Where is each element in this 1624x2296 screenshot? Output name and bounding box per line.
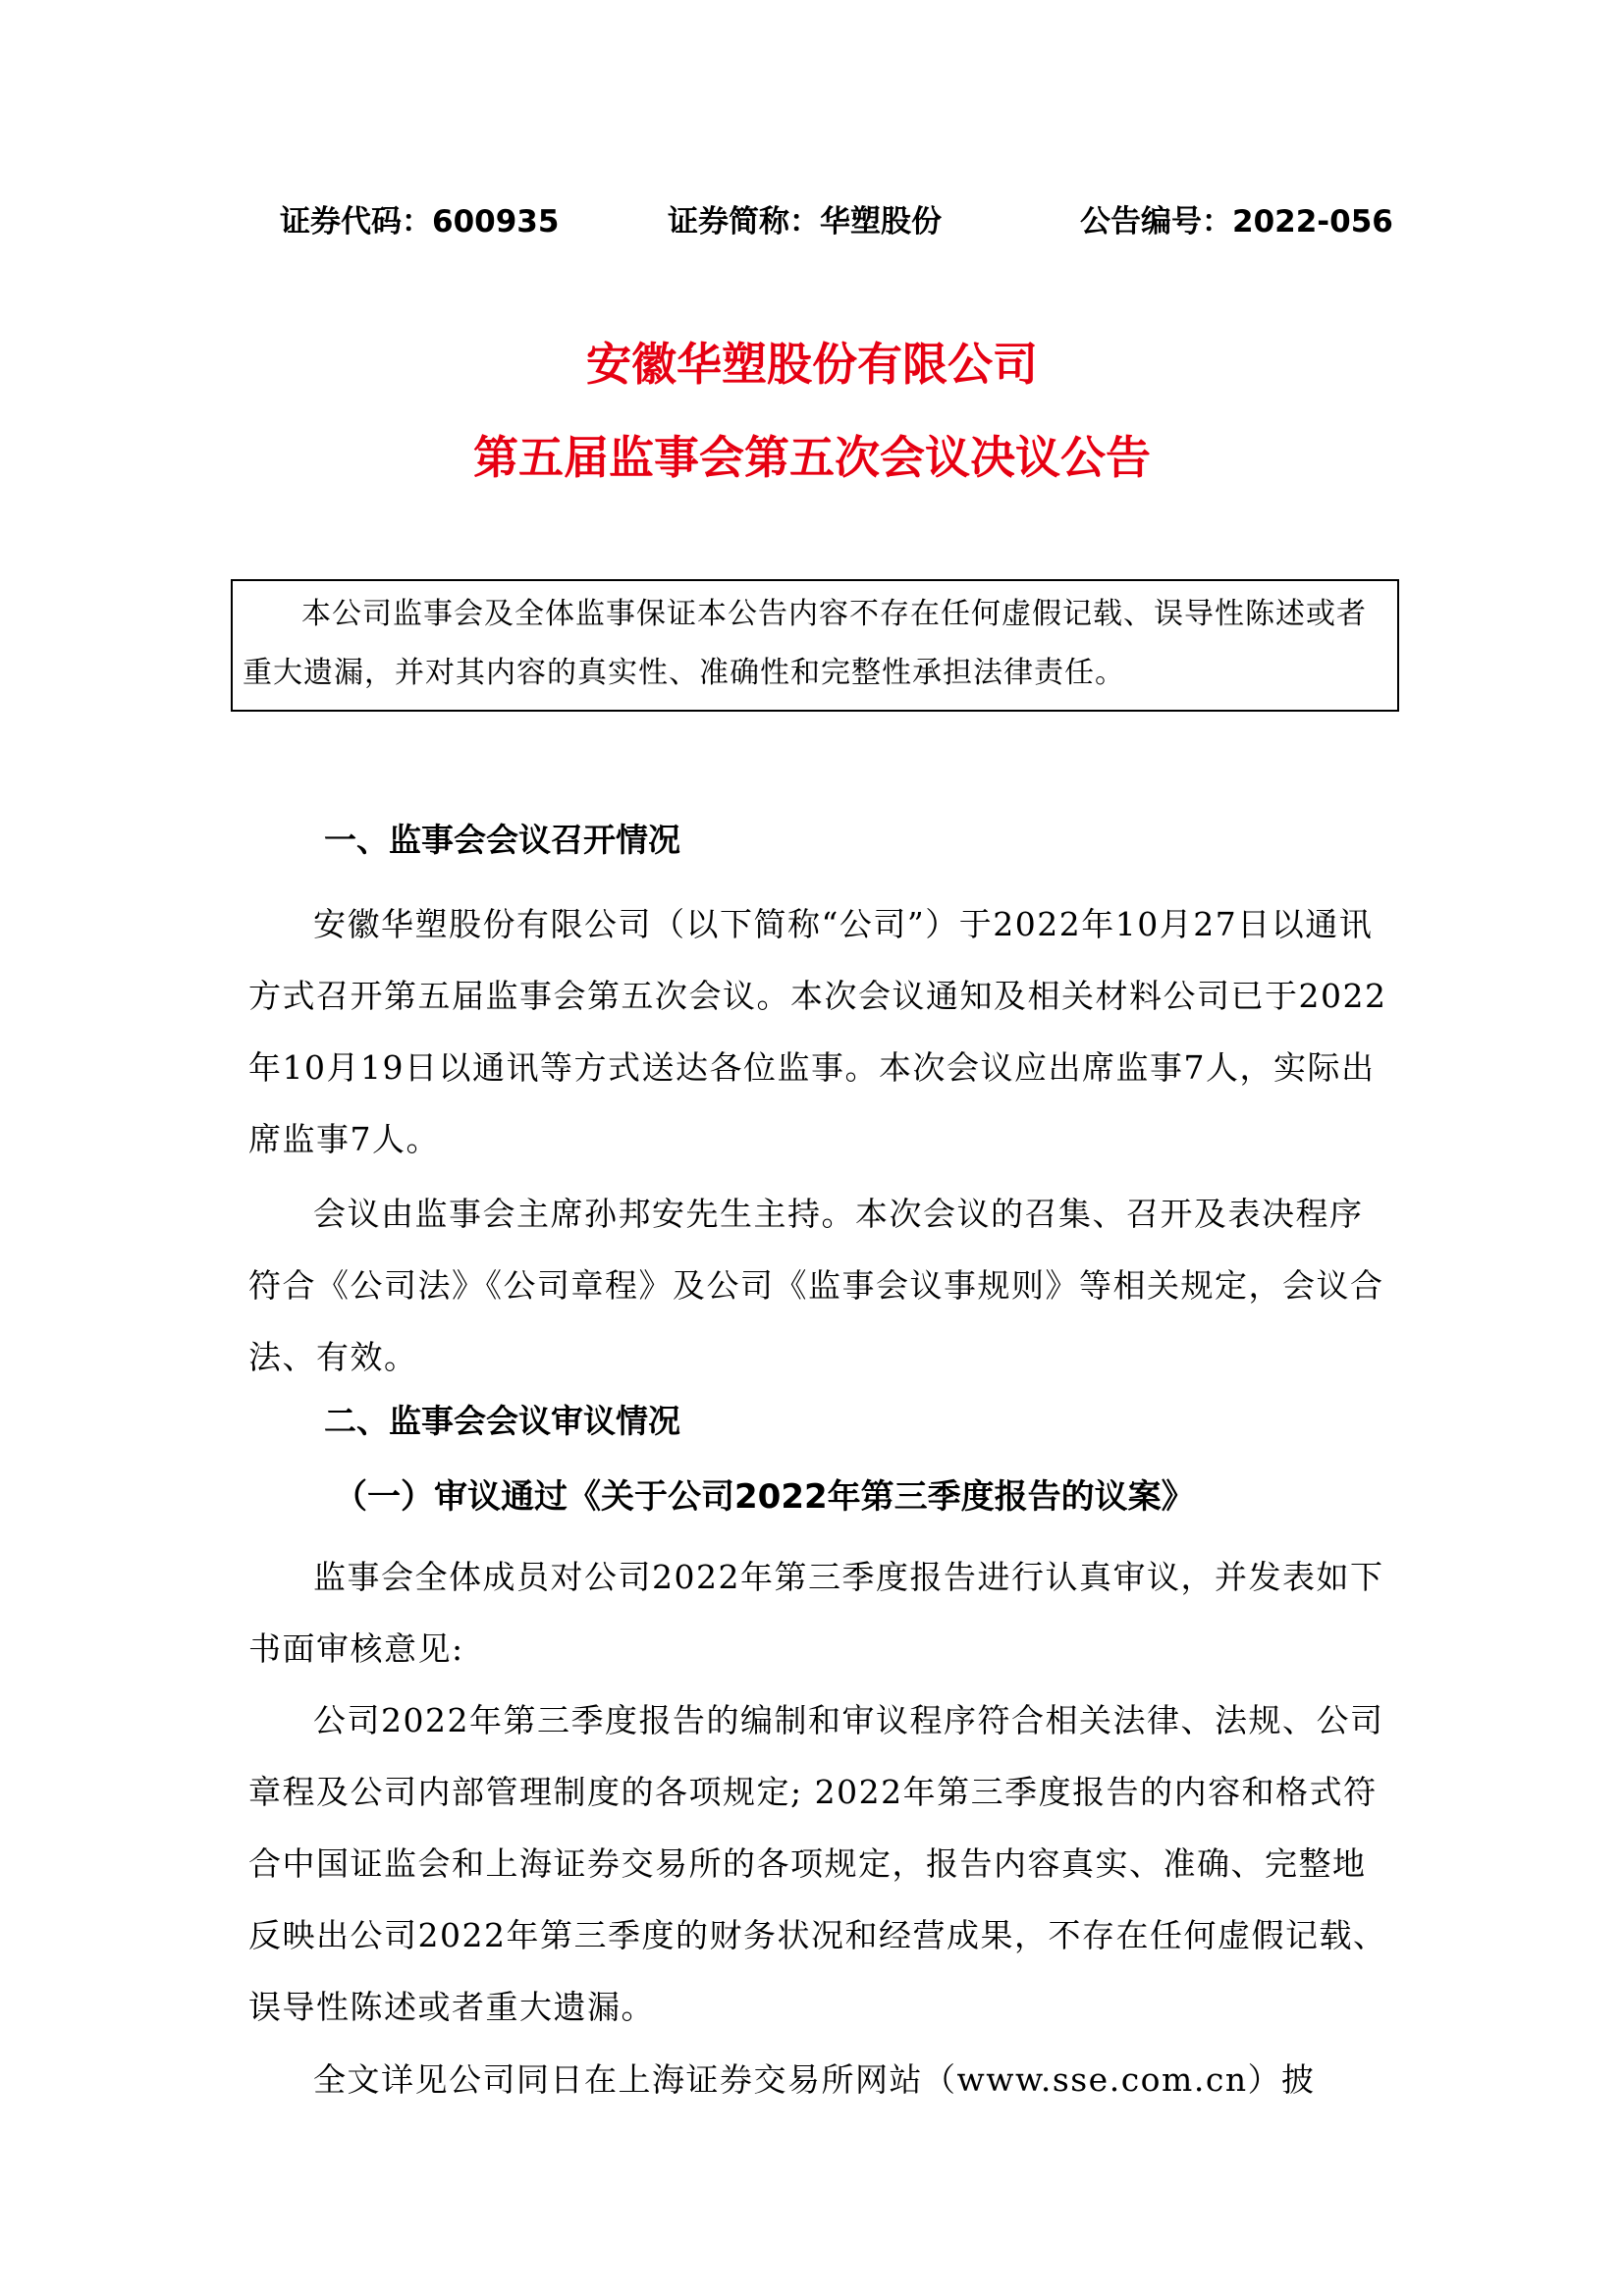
document-header: 证券代码：600935 证券简称：华塑股份 公告编号：2022-056 [280,196,1384,245]
section-heading-1: 一、监事会会议召开情况 [324,815,680,861]
paragraph-meeting-chair: 会议由监事会主席孙邦安先生主持。本次会议的召集、召开及表决程序符合《公司法》《公… [248,1178,1387,1393]
stock-code: 证券代码：600935 [280,196,559,240]
section-heading-2: 二、监事会会议审议情况 [324,1396,680,1442]
notice-title: 第五届监事会第五次会议决议公告 [0,422,1624,487]
resolution-subheading: （一）审议通过《关于公司2022年第三季度报告的议案》 [334,1469,1195,1518]
stock-abbreviation: 证券简称：华塑股份 [668,196,942,240]
paragraph-meeting-convening: 安徽华塑股份有限公司（以下简称“公司”）于2022年10月27日以通讯方式召开第… [248,888,1387,1175]
company-title: 安徽华塑股份有限公司 [0,329,1624,394]
paragraph-review: 监事会全体成员对公司2022年第三季度报告进行认真审议，并发表如下书面审核意见: [248,1541,1387,1684]
disclaimer-box: 本公司监事会及全体监事保证本公告内容不存在任何虚假记载、误导性陈述或者重大遗漏，… [231,579,1399,712]
disclaimer-text: 本公司监事会及全体监事保证本公告内容不存在任何虚假记载、误导性陈述或者重大遗漏，… [233,581,1397,703]
notice-number: 公告编号：2022-056 [1080,196,1393,240]
paragraph-full-text: 全文详见公司同日在上海证券交易所网站（www.sse.com.cn）披 [248,2044,1387,2115]
paragraph-opinion: 公司2022年第三季度报告的编制和审议程序符合相关法律、法规、公司章程及公司内部… [248,1684,1387,2043]
